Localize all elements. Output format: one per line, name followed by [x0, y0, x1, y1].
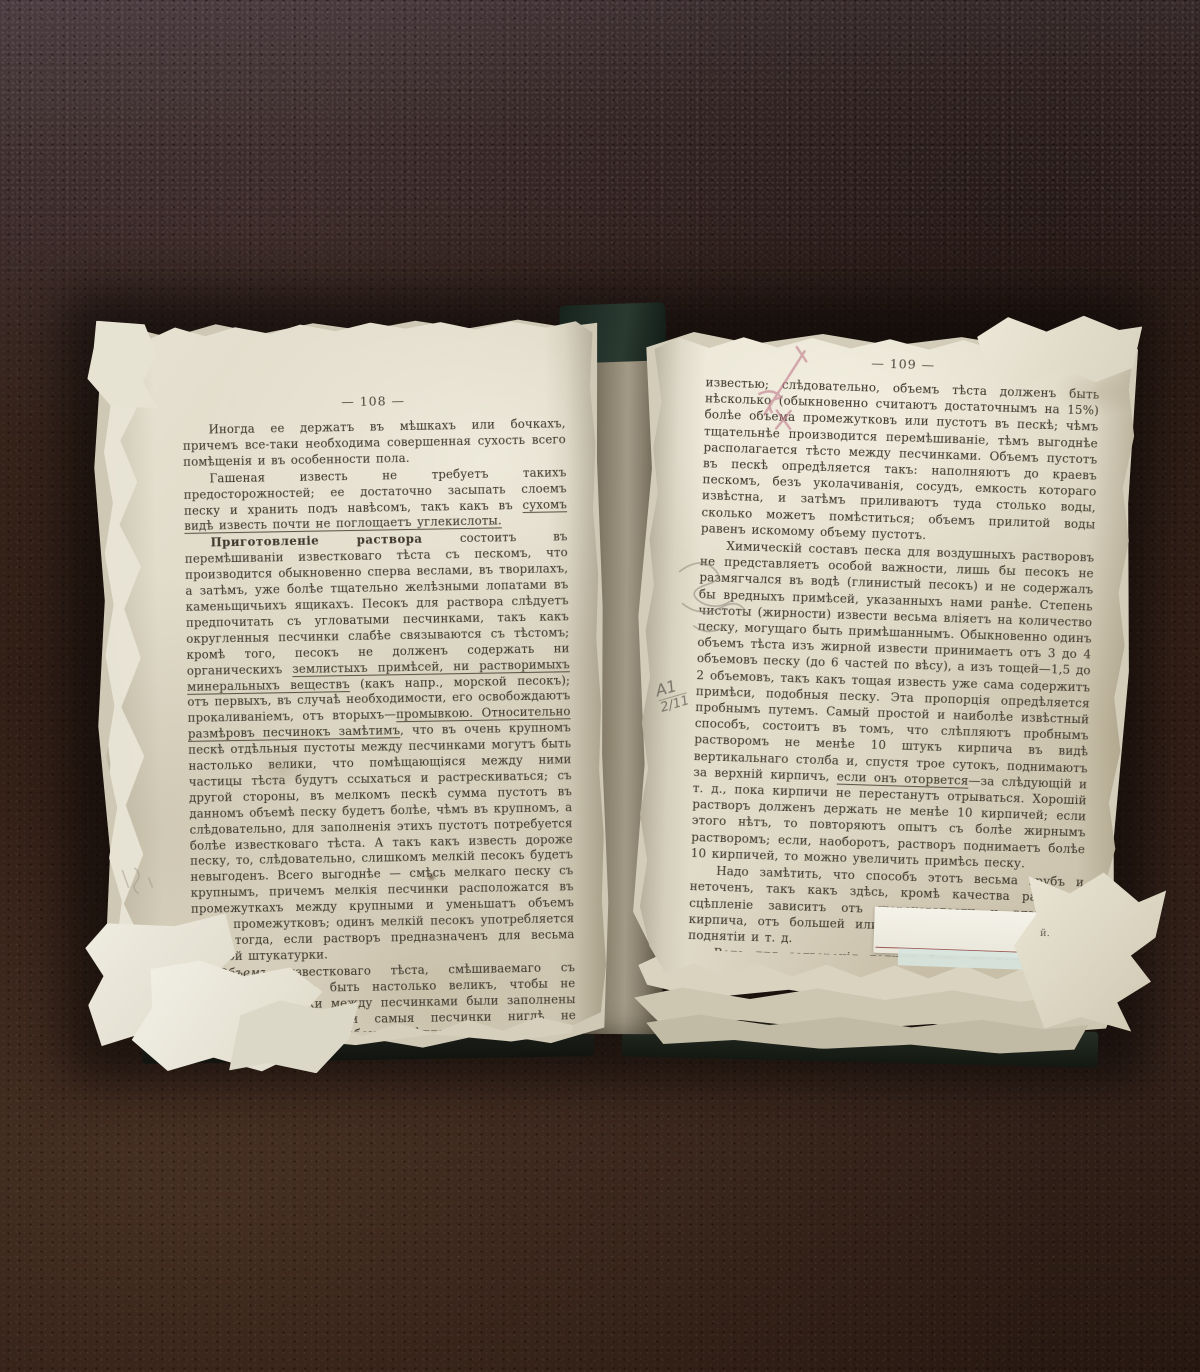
left-page-text-column: Иногда ее держатъ въ мѣшкахъ или бочкахъ…	[182, 416, 576, 1035]
paragraph: известью; слѣдовательно, объемъ тѣста до…	[701, 374, 1100, 548]
text-segment: известью; слѣдовательно, объемъ тѣста до…	[701, 375, 1100, 542]
cutoff-text-fragment: й.	[1040, 928, 1050, 939]
paragraph: Приготовленіе раствора состоитъ въ перем…	[184, 530, 574, 966]
text-segment: Иногда ее держатъ въ мѣшкахъ или бочкахъ…	[183, 416, 566, 468]
text-segment: если онъ оторвется	[837, 769, 969, 787]
text-segment: Гашеная известь не требуетъ такихъ предо…	[184, 465, 567, 517]
text-segment: —за слѣдующій и т. д., пока кирпичи не п…	[691, 774, 1088, 871]
page-number-108: — 108 —	[182, 390, 564, 412]
photo-of-open-book: { "left_page": { "page_number": "— 108 —…	[0, 0, 1200, 1372]
pencil-inventory-note: А1 2/11	[654, 676, 691, 715]
paragraph: Гашеная известь не требуетъ такихъ предо…	[183, 465, 567, 535]
leather-texture-top	[0, 0, 1200, 340]
text-segment: Химическій составъ песка для воздушныхъ …	[693, 539, 1094, 783]
right-page-text-column: известью; слѣдовательно, объемъ тѣста до…	[688, 374, 1100, 962]
paragraph: Иногда ее держатъ въ мѣшкахъ или бочкахъ…	[182, 416, 566, 470]
text-segment: состоитъ въ перемѣшиваніи известковаго т…	[185, 530, 570, 678]
text-segment: , что въ очень крупномъ пескѣ отдѣльныя …	[188, 720, 575, 963]
paragraph: Химическій составъ песка для воздушныхъ …	[691, 537, 1095, 873]
